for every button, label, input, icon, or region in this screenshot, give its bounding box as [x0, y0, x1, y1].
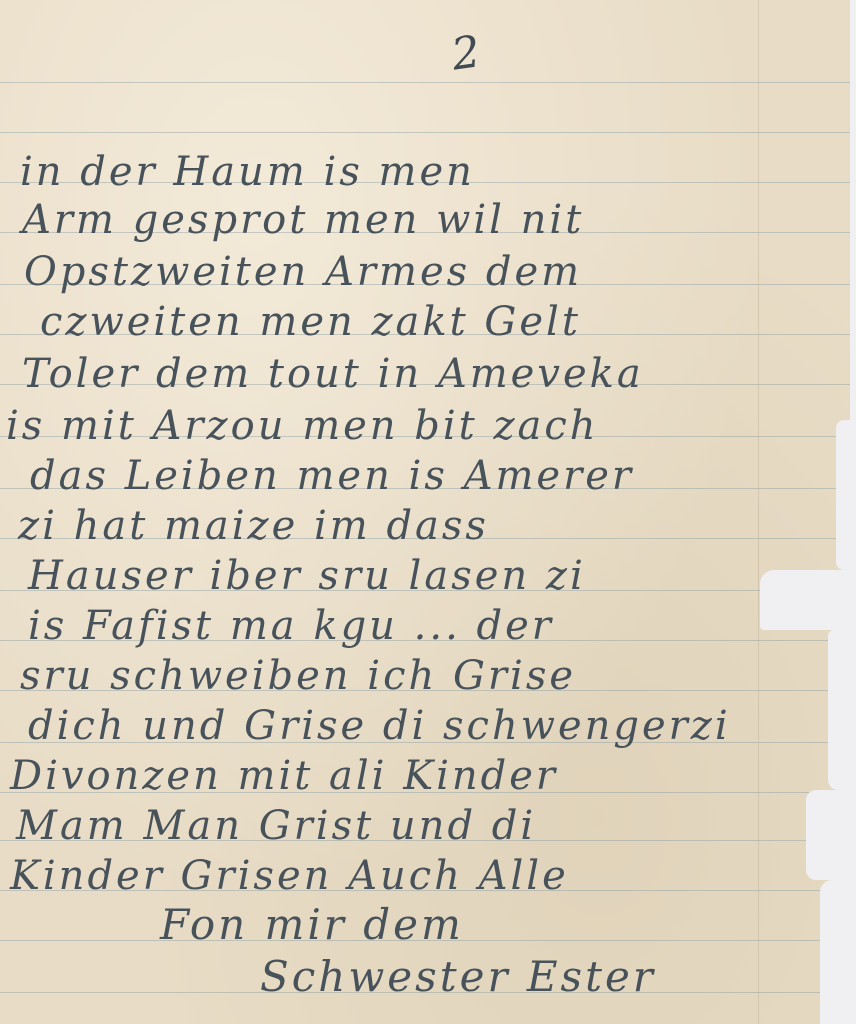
signature-line: Schwester Ester [260, 956, 656, 998]
page-number: 2 [449, 26, 484, 80]
ruled-line [0, 132, 850, 133]
torn-edge [850, 0, 856, 420]
letter-line: is mit Arzou men bit zach [6, 406, 599, 446]
letter-line: in der Haum is men [20, 152, 475, 192]
letter-line: Toler dem tout in Ameveka [22, 354, 644, 394]
letter-line: das Leiben men is Amerer [30, 456, 634, 496]
torn-edge [828, 630, 856, 790]
letter-line: Divonzen mit ali Kinder [10, 756, 558, 796]
closing-line: Fon mir dem [160, 904, 464, 946]
letter-line: zi hat maize im dass [18, 506, 489, 546]
letter-line: sru schweiben ich Grise [20, 656, 576, 696]
letter-line: Kinder Grisen Auch Alle [10, 856, 569, 896]
ruled-line [0, 82, 850, 83]
paper-fold [758, 0, 759, 1024]
torn-edge [836, 420, 856, 570]
letter-line: Arm gesprot men wil nit [22, 200, 584, 240]
letter-line: Hauser iber sru lasen zi [28, 556, 586, 596]
letter-line: dich und Grise di schwengerzi [28, 706, 731, 746]
torn-edge [806, 790, 856, 880]
torn-edge [820, 880, 856, 1024]
letter-line: czweiten men zakt Gelt [40, 302, 581, 342]
letter-line: Opstzweiten Armes dem [24, 252, 582, 292]
letter-line: is Fafist ma kgu ... der [28, 606, 554, 646]
torn-edge [760, 570, 856, 630]
letter-page: 2 in der Haum is men Arm gesprot men wil… [0, 0, 856, 1024]
letter-line: Mam Man Grist und di [16, 806, 536, 846]
